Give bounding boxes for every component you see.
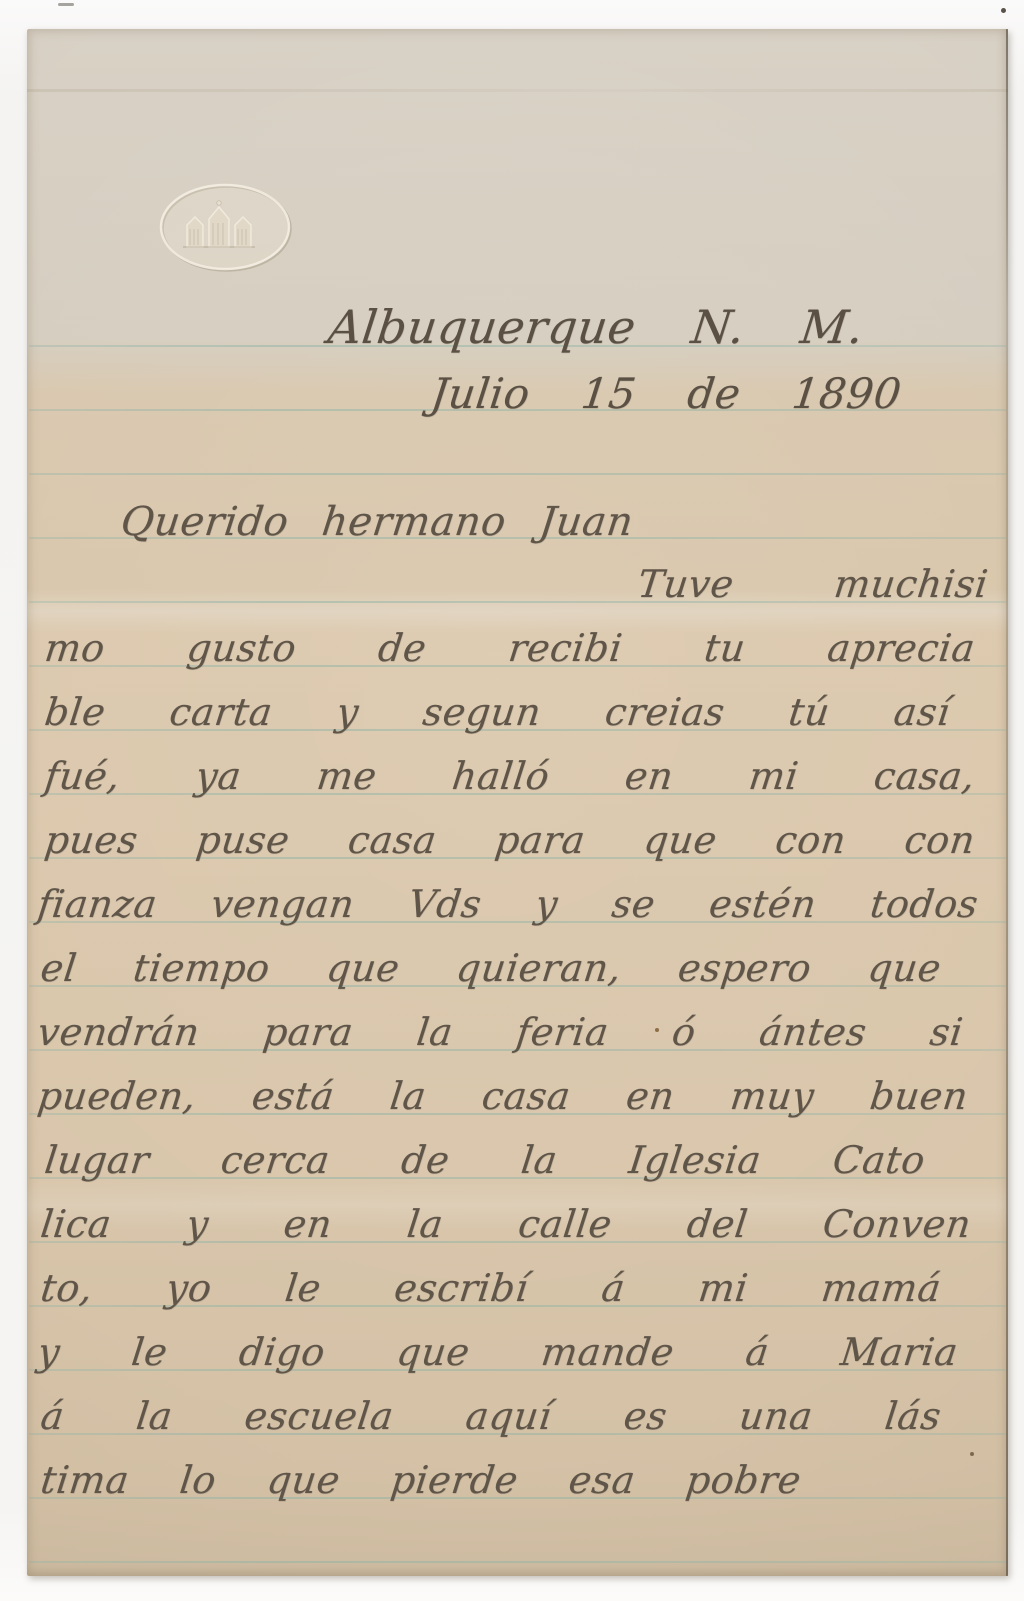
ruled-line bbox=[29, 857, 1006, 859]
ruled-line bbox=[29, 985, 1006, 987]
paper-speck bbox=[970, 1452, 974, 1456]
ruled-line bbox=[29, 1433, 1006, 1435]
embossed-seal-icon bbox=[147, 173, 303, 281]
paper-edge-shadow bbox=[1006, 29, 1008, 1576]
scan-speck bbox=[1001, 8, 1006, 13]
ruled-line bbox=[29, 1177, 1006, 1179]
ruled-line bbox=[29, 601, 1006, 603]
ruled-line bbox=[29, 1305, 1006, 1307]
letter-page bbox=[27, 29, 1008, 1576]
ruled-line bbox=[29, 1049, 1006, 1051]
scan-speck bbox=[58, 3, 74, 6]
ruled-line bbox=[29, 537, 1006, 539]
paper-speck bbox=[655, 1028, 659, 1032]
ruled-line bbox=[29, 1369, 1006, 1371]
ruled-line bbox=[29, 793, 1006, 795]
ruled-line bbox=[29, 345, 1006, 347]
ruled-line bbox=[29, 473, 1006, 475]
ruled-line bbox=[29, 729, 1006, 731]
scan-background: Albuquerque N. M.Julio 15 de 1890Querido… bbox=[0, 0, 1024, 1601]
ruled-line bbox=[29, 1561, 1006, 1563]
paper-crease bbox=[27, 89, 1008, 92]
ruled-line bbox=[29, 1497, 1006, 1499]
ruled-line bbox=[29, 409, 1006, 411]
ruled-line bbox=[29, 665, 1006, 667]
ruled-line bbox=[29, 921, 1006, 923]
ruled-line bbox=[29, 1241, 1006, 1243]
ruled-line bbox=[29, 1113, 1006, 1115]
